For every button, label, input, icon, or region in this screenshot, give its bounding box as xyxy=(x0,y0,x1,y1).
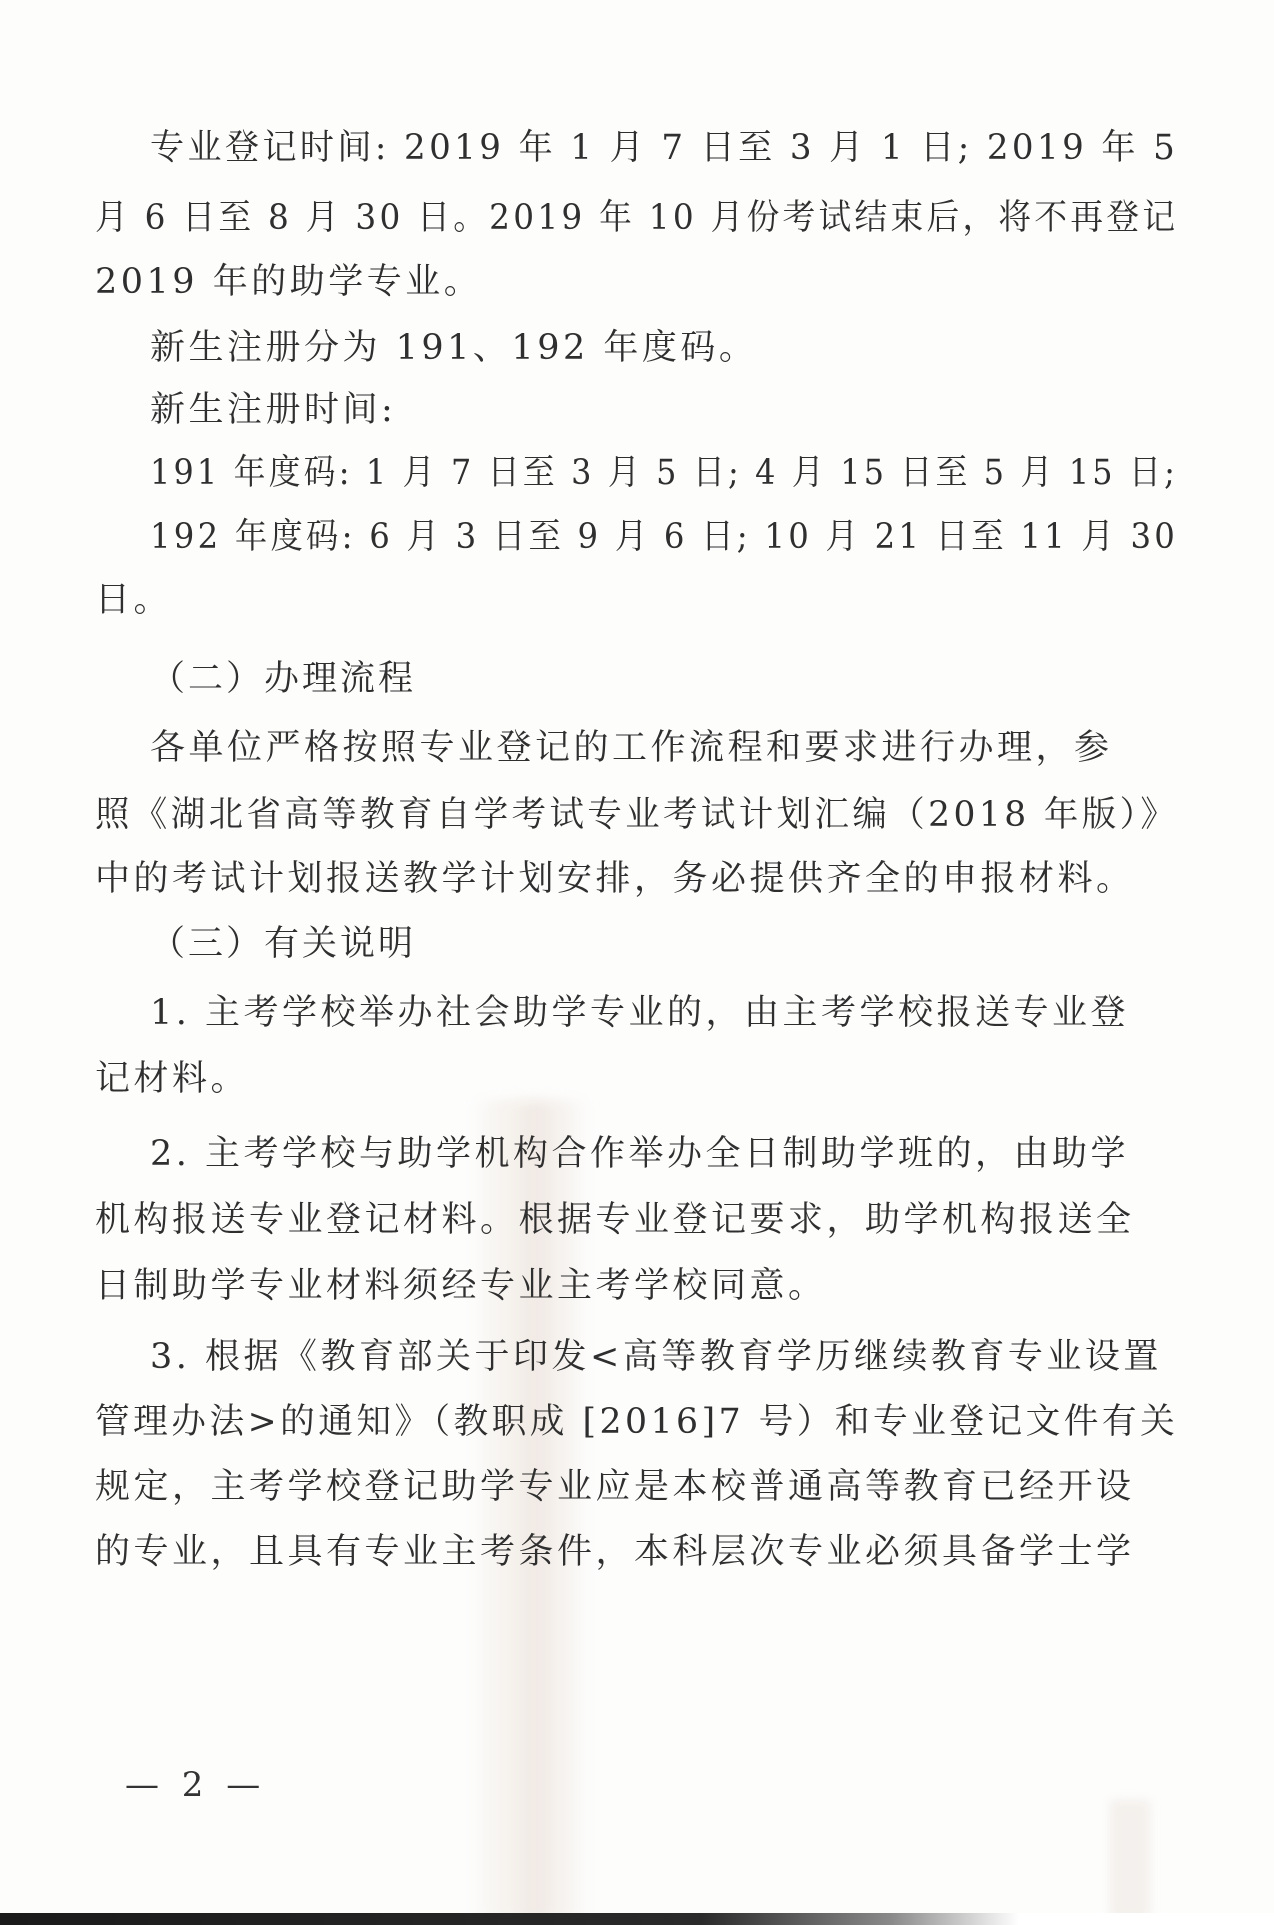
text-line: 月 6 日至 8 月 30 日。2019 年 10 月份考试结束后，将不再登记 xyxy=(95,196,1178,240)
text-line: 的专业，且具有专业主考条件，本科层次专业必须具备学士学 xyxy=(95,1530,1135,1574)
page-number: — 2 — xyxy=(125,1765,266,1805)
text-line: 日。 xyxy=(95,578,172,622)
scan-stain xyxy=(1110,1800,1150,1920)
text-line: 新生注册分为 191、192 年度码。 xyxy=(150,326,757,370)
text-line: 各单位严格按照专业登记的工作流程和要求进行办理，参 xyxy=(150,726,1113,770)
section-heading: （二）办理流程 xyxy=(150,657,416,701)
text-line: 3. 根据《教育部关于印发<高等教育学历继续教育专业设置 xyxy=(150,1335,1162,1379)
text-line: 2019 年的助学专业。 xyxy=(95,260,482,304)
document-page: 专业登记时间: 2019 年 1 月 7 日至 3 月 1 日; 2019 年 … xyxy=(0,0,1274,1925)
scan-edge xyxy=(0,1913,1274,1925)
text-line: 191 年度码: 1 月 7 日至 3 月 5 日; 4 月 15 日至 5 月… xyxy=(150,451,1178,495)
text-line: 2. 主考学校与助学机构合作举办全日制助学班的，由助学 xyxy=(150,1132,1129,1176)
text-line: 1. 主考学校举办社会助学专业的，由主考学校报送专业登 xyxy=(150,991,1129,1035)
text-line: 新生注册时间: xyxy=(150,388,396,432)
section-heading: （三）有关说明 xyxy=(150,922,416,966)
text-line: 机构报送专业登记材料。根据专业登记要求，助学机构报送全 xyxy=(95,1198,1135,1242)
text-line: 记材料。 xyxy=(95,1057,249,1101)
text-line: 中的考试计划报送教学计划安排，务必提供齐全的申报材料。 xyxy=(95,857,1135,901)
text-line: 192 年度码: 6 月 3 日至 9 月 6 日; 10 月 21 日至 11… xyxy=(150,515,1178,559)
text-line: 专业登记时间: 2019 年 1 月 7 日至 3 月 1 日; 2019 年 … xyxy=(150,126,1178,170)
text-line: 规定，主考学校登记助学专业应是本校普通高等教育已经开设 xyxy=(95,1465,1135,1509)
text-line: 照《湖北省高等教育自学考试专业考试计划汇编（2018 年版）》 xyxy=(95,793,1178,837)
text-line: 管理办法>的通知》（教职成 [2016]7 号）和专业登记文件有关 xyxy=(95,1400,1178,1444)
text-line: 日制助学专业材料须经专业主考学校同意。 xyxy=(95,1264,827,1308)
